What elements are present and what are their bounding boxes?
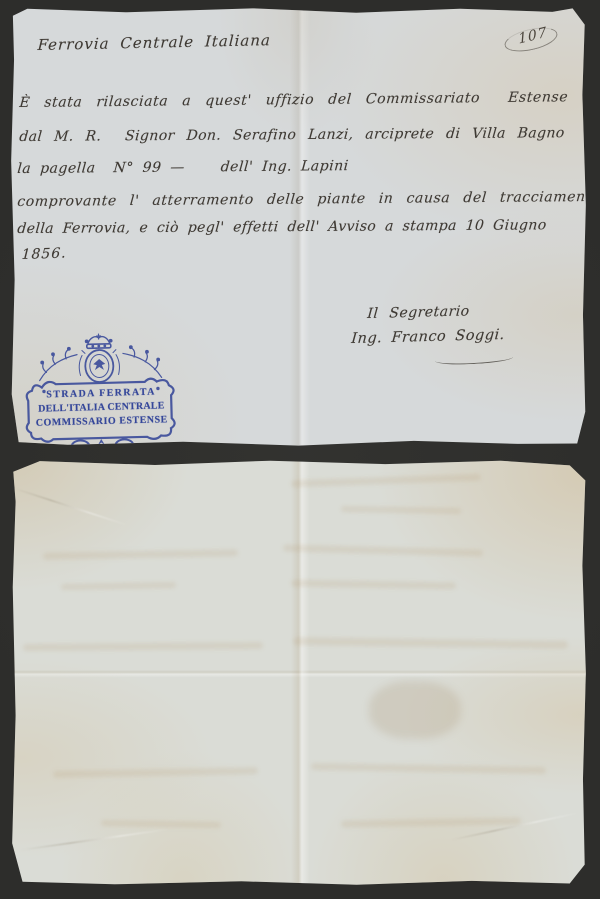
body-line-3: la pagella N° 99 — dell' Ing. Lapini	[17, 158, 350, 177]
body-line-5: della Ferrovia, e ciò pegl' effetti dell…	[17, 217, 548, 237]
signature-flourish	[435, 352, 513, 366]
show-through-mark	[341, 817, 521, 827]
stamp-floral-sprig-right-icon	[123, 345, 162, 378]
show-through-stain	[369, 681, 461, 739]
document-front-page: Ferrovia Centrale Italiana 107 È stata r…	[10, 7, 587, 447]
show-through-mark	[283, 544, 483, 556]
letterhead-title: Ferrovia Centrale Italiana	[37, 31, 271, 54]
show-through-mark	[43, 549, 238, 559]
paper-crease	[451, 812, 579, 841]
paper-crease	[13, 487, 128, 526]
show-through-mark	[23, 642, 263, 651]
show-through-mark	[293, 637, 568, 649]
document-back-page	[11, 459, 587, 886]
body-line-4: comprovante l' atterramento delle piante…	[17, 189, 600, 210]
show-through-mark	[291, 474, 481, 488]
show-through-mark	[61, 582, 176, 590]
stamp-crown-icon	[85, 334, 112, 349]
stamp-bottom-ornament-icon	[71, 438, 133, 451]
show-through-mark	[291, 580, 456, 590]
signature-name: Ing. Franco Soggi.	[351, 327, 506, 347]
folio-number: 107	[503, 22, 563, 56]
show-through-mark	[53, 767, 258, 778]
stamp-floral-sprig-left-icon	[39, 347, 78, 380]
body-line-1: È stata rilasciata a quest' uffizio del …	[19, 89, 569, 111]
show-through-mark	[311, 763, 546, 774]
paper-crease	[21, 828, 170, 851]
show-through-mark	[341, 506, 461, 514]
signature-role: Il Segretario	[367, 303, 471, 322]
show-through-mark	[101, 820, 221, 828]
body-line-2: dal M. R. Signor Don. Serafino Lanzi, ar…	[19, 125, 566, 145]
office-stamp: STRADA FERRATA DELL'ITALIA CENTRALE COMM…	[18, 331, 183, 453]
stamp-coat-of-arms-icon	[79, 350, 120, 383]
body-line-6: 1856.	[21, 245, 67, 263]
photo-background: Ferrovia Centrale Italiana 107 È stata r…	[0, 0, 600, 899]
